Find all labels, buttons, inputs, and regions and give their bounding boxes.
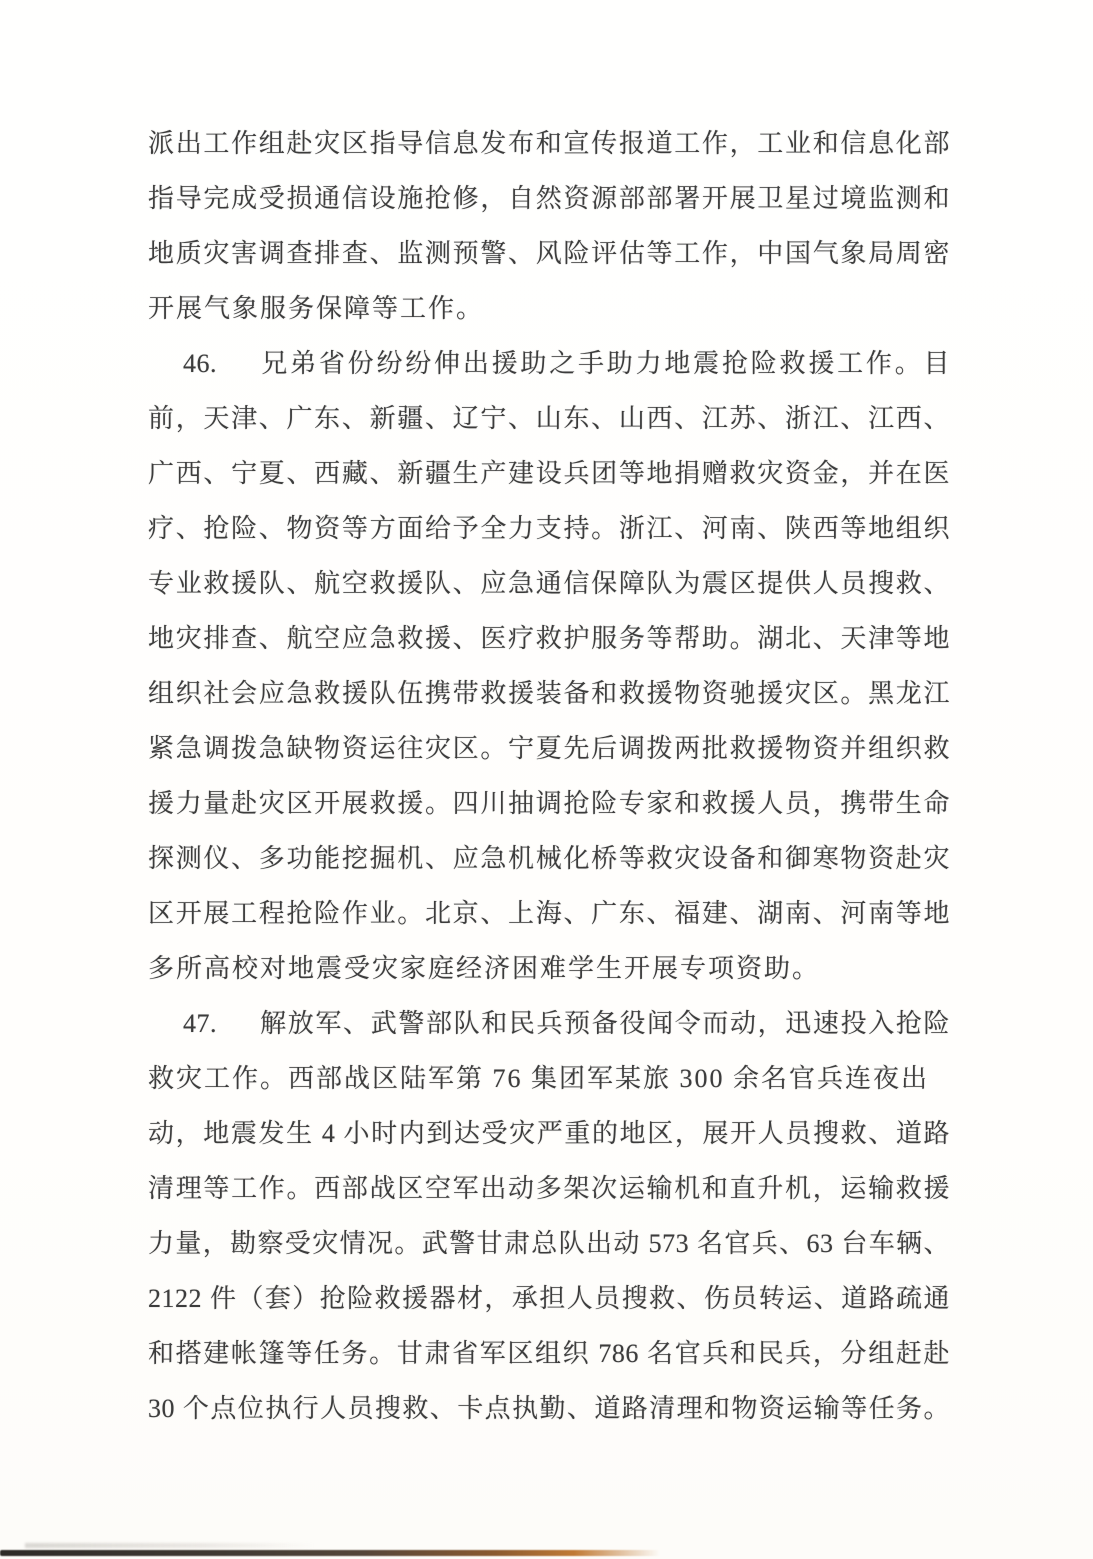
text-line: 开展气象服务保障等工作。 bbox=[148, 281, 950, 336]
paragraph-first-line: 兄弟省份纷纷伸出援助之手助力地震抢险救援工作。目 bbox=[259, 349, 950, 378]
text-line: 地灾排查、航空应急救援、医疗救护服务等帮助。湖北、天津等地 bbox=[148, 611, 950, 666]
document-page: 派出工作组赴灾区指导信息发布和宣传报道工作，工业和信息化部 指导完成受损通信设施… bbox=[0, 0, 1093, 1559]
text-line: 区开展工程抢险作业。北京、上海、广东、福建、湖南、河南等地 bbox=[148, 886, 950, 941]
text-line: 动，地震发生 4 小时内到达受灾严重的地区，展开人员搜救、道路 bbox=[148, 1106, 950, 1161]
text-line: 30 个点位执行人员搜救、卡点执勤、道路清理和物资运输等任务。 bbox=[148, 1381, 950, 1436]
text-line: 专业救援队、航空救援队、应急通信保障队为震区提供人员搜救、 bbox=[148, 556, 950, 611]
text-line: 组织社会应急救援队伍携带救援装备和救援物资驰援灾区。黑龙江 bbox=[148, 666, 950, 721]
text-line: 46.兄弟省份纷纷伸出援助之手助力地震抢险救援工作。目 bbox=[148, 336, 950, 391]
text-line: 和搭建帐篷等任务。甘肃省军区组织 786 名官兵和民兵，分组赶赴 bbox=[148, 1326, 950, 1381]
text-line: 援力量赴灾区开展救援。四川抽调抢险专家和救援人员，携带生命 bbox=[148, 776, 950, 831]
text-line: 多所高校对地震受灾家庭经济困难学生开展专项资助。 bbox=[148, 941, 950, 996]
scan-edge-artifact bbox=[0, 1550, 660, 1556]
paragraph-number: 46. bbox=[183, 336, 217, 391]
text-block: 派出工作组赴灾区指导信息发布和宣传报道工作，工业和信息化部 指导完成受损通信设施… bbox=[148, 116, 950, 1436]
text-line: 派出工作组赴灾区指导信息发布和宣传报道工作，工业和信息化部 bbox=[148, 116, 950, 171]
text-line: 2122 件（套）抢险救援器材，承担人员搜救、伤员转运、道路疏通 bbox=[148, 1271, 950, 1326]
scan-smudge-artifact bbox=[25, 1543, 315, 1548]
paragraph-47: 47.解放军、武警部队和民兵预备役闻令而动，迅速投入抢险 救灾工作。西部战区陆军… bbox=[148, 996, 950, 1436]
text-line: 疗、抢险、物资等方面给予全力支持。浙江、河南、陕西等地组织 bbox=[148, 501, 950, 556]
text-line: 力量，勘察受灾情况。武警甘肃总队出动 573 名官兵、63 台车辆、 bbox=[148, 1216, 950, 1271]
text-line: 紧急调拨急缺物资运往灾区。宁夏先后调拨两批救援物资并组织救 bbox=[148, 721, 950, 776]
text-line: 清理等工作。西部战区空军出动多架次运输机和直升机，运输救援 bbox=[148, 1161, 950, 1216]
paragraph-continuation: 派出工作组赴灾区指导信息发布和宣传报道工作，工业和信息化部 指导完成受损通信设施… bbox=[148, 116, 950, 336]
text-line: 地质灾害调查排查、监测预警、风险评估等工作，中国气象局周密 bbox=[148, 226, 950, 281]
text-line: 救灾工作。西部战区陆军第 76 集团军某旅 300 余名官兵连夜出 bbox=[148, 1051, 950, 1106]
text-line: 前，天津、广东、新疆、辽宁、山东、山西、江苏、浙江、江西、 bbox=[148, 391, 950, 446]
text-line: 47.解放军、武警部队和民兵预备役闻令而动，迅速投入抢险 bbox=[148, 996, 950, 1051]
paragraph-number: 47. bbox=[183, 996, 217, 1051]
text-line: 指导完成受损通信设施抢修，自然资源部部署开展卫星过境监测和 bbox=[148, 171, 950, 226]
paragraph-46: 46.兄弟省份纷纷伸出援助之手助力地震抢险救援工作。目 前，天津、广东、新疆、辽… bbox=[148, 336, 950, 996]
text-line: 探测仪、多功能挖掘机、应急机械化桥等救灾设备和御寒物资赴灾 bbox=[148, 831, 950, 886]
paragraph-first-line: 解放军、武警部队和民兵预备役闻令而动，迅速投入抢险 bbox=[259, 1009, 950, 1038]
text-line: 广西、宁夏、西藏、新疆生产建设兵团等地捐赠救灾资金，并在医 bbox=[148, 446, 950, 501]
